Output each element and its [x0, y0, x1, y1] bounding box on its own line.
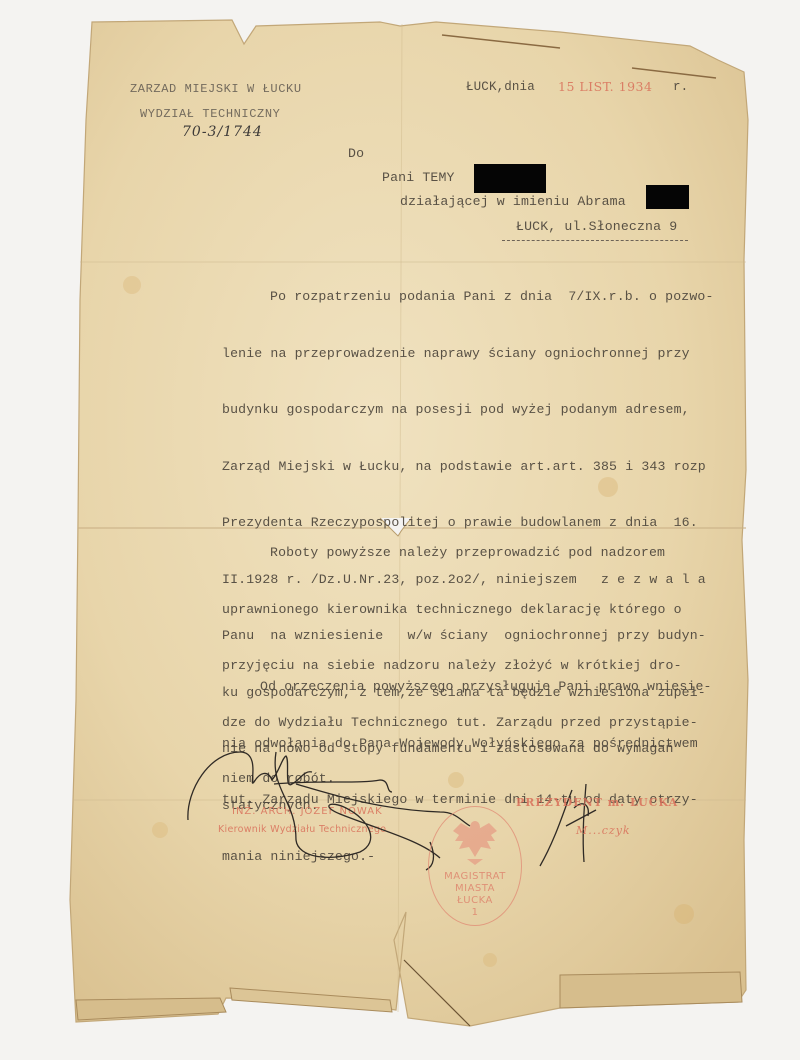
seal-line-2: MIASTA — [429, 883, 521, 895]
seal-line-4: 1 — [429, 907, 521, 919]
handwritten-signature-strokes — [0, 0, 800, 1060]
president-stamp-name: M...czyk — [576, 824, 631, 837]
seal-line-3: ŁUCKA — [429, 895, 521, 907]
president-stamp-title: PREZYDENT m. ŁUCKA — [516, 796, 678, 809]
magistrat-seal: MAGISTRAT MIASTA ŁUCKA 1 — [428, 806, 522, 926]
eagle-emblem-icon — [451, 817, 499, 867]
seal-line-1: MAGISTRAT — [429, 871, 521, 883]
